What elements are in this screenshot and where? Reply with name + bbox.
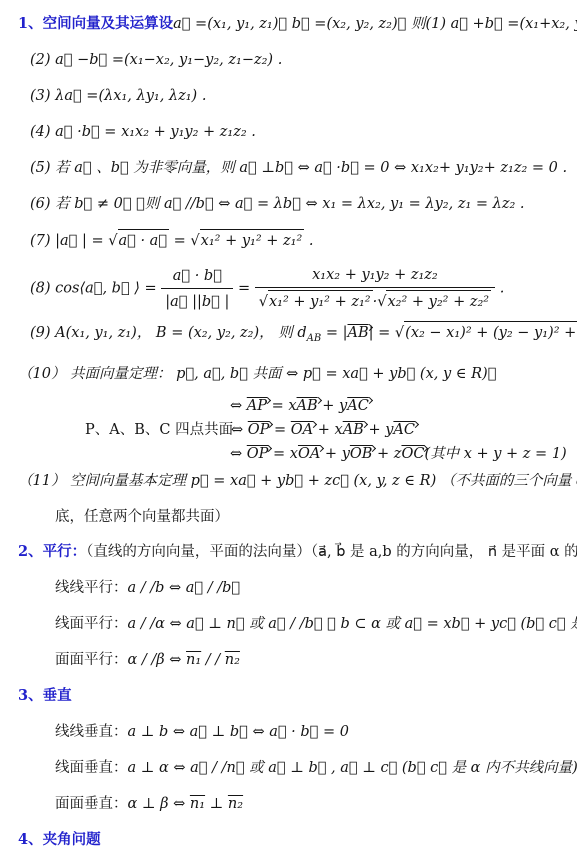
distance-subscript: AB (307, 333, 322, 344)
formula-7: (7) |a⃗ | = √a⃗ · a⃗ = √x₁² + y₁² + z₁² … (30, 229, 573, 252)
formula-10: （10） 共面向量定理： p⃗, a⃗, b⃗ 共面 ⇔ p⃗ = xa⃗ + … (18, 363, 573, 385)
text: (其中 x + y + z = 1) (424, 446, 566, 462)
vector-OP: OP (248, 422, 270, 438)
text: + y (320, 446, 350, 462)
radicand: x₂² + y₂² + z₂² (386, 290, 491, 313)
row-plane-plane-perpendicular: 面面垂直：α ⊥ β ⇔ n₁ ⊥ n₂ (55, 793, 573, 815)
formula-7-prefix: (7) |a⃗ | = (30, 233, 108, 249)
text: = x (268, 446, 298, 462)
denominator: √x₁² + y₁² + z₁²·√x₂² + y₂² + z₂² (255, 288, 495, 313)
formula-1: a⃗ =(x₁, y₁, z₁)， b⃗ =(x₂, y₂, z₂)， 则(1)… (173, 16, 577, 32)
radical-symbol: √ (190, 230, 199, 252)
radical: √a⃗ · a⃗ (108, 229, 169, 252)
row-formula-prefix: α / /β ⇔ (128, 652, 187, 668)
radical-symbol: √ (259, 291, 268, 313)
vector-AB: AB (348, 325, 369, 341)
vector-OA: OA (298, 446, 320, 462)
radical-symbol: √ (377, 291, 386, 313)
row-label: 面面平行： (55, 652, 128, 668)
row-line-plane-perpendicular: 线面垂直：a ⊥ α ⇔ a⃗ / /n⃗ 或 a⃗ ⊥ b⃗ , a⃗ ⊥ c… (55, 757, 573, 779)
fraction: x₁x₂ + y₁y₂ + z₁z₂√x₁² + y₁² + z₁²·√x₂² … (255, 264, 495, 313)
vector-OA: OA (291, 422, 313, 438)
radical: √x₁² + y₁² + z₁² (190, 229, 304, 252)
formula-3: (3) λa⃗ =(λx₁, λy₁, λz₁) . (30, 85, 573, 107)
row-formula: a / /b ⇔ a⃗ / /b⃗ (128, 580, 241, 596)
formula-9-mid1: = | (321, 325, 347, 341)
text: = x (267, 398, 297, 414)
row-label: 线面垂直： (55, 760, 128, 776)
perpendicular-separator: ⊥ (205, 796, 228, 812)
numerator: x₁x₂ + y₁y₂ + z₁z₂ (255, 264, 495, 288)
vector-AP: AP (247, 398, 267, 414)
radical-symbol: √ (395, 322, 404, 344)
distance-symbol: d (297, 325, 306, 341)
section-3-heading: 3、垂直 (18, 687, 72, 704)
numerator: a⃗ · b⃗ (161, 265, 233, 289)
line-section1-intro: 1、空间向量及其运算设a⃗ =(x₁, y₁, z₁)， b⃗ =(x₂, y₂… (18, 13, 573, 35)
row-label: 线面平行： (55, 616, 128, 632)
line-section4-heading: 4、夹角问题 (18, 829, 573, 851)
vector-OC: OC (401, 446, 424, 462)
row-formula: a ⊥ α ⇔ a⃗ / /n⃗ 或 a⃗ ⊥ b⃗ , a⃗ ⊥ c⃗ (b⃗… (128, 760, 577, 776)
line-section3-heading: 3、垂直 (18, 685, 573, 707)
iff-arrow: ⇔ (230, 398, 247, 414)
radical: √x₁² + y₁² + z₁² (259, 290, 373, 313)
radicand: a⃗ · a⃗ (118, 229, 170, 252)
denominator: |a⃗ ||b⃗ | (161, 289, 233, 313)
math-notes-document: 1、空间向量及其运算设a⃗ =(x₁, y₁, z₁)， b⃗ =(x₂, y₂… (0, 0, 577, 851)
formula-11-line2: 底，任意两个向量都共面） (55, 506, 573, 528)
formula-2: (2) a⃗ −b⃗ =(x₁−x₂, y₁−y₂, z₁−z₂) . (30, 49, 573, 71)
row-label: 线线垂直： (55, 724, 128, 740)
text: + x (313, 422, 343, 438)
iff-arrow: ⇔ (231, 422, 248, 438)
formula-6: (6) 若 b⃗ ≠ 0⃗ ，则 a⃗ //b⃗ ⇔ a⃗ = λb⃗ ⇔ x₁… (30, 193, 573, 215)
vector-OP: OP (247, 446, 269, 462)
vector-AC: AC (393, 422, 415, 438)
row-label: 线线平行： (55, 580, 128, 596)
text: + z (372, 446, 401, 462)
formula-8-equals: = (233, 281, 254, 297)
row-plane-plane-parallel: 面面平行：α / /β ⇔ n₁ / / n₂ (55, 649, 573, 671)
row-formula: a / /α ⇔ a⃗ ⊥ n⃗ 或 a⃗ / /b⃗ ， b ⊂ α 或 a⃗… (128, 616, 577, 632)
section-1-heading: 1、空间向量及其运算设 (18, 15, 173, 32)
formula-7-equals: = (169, 233, 190, 249)
row-line-line-parallel: 线线平行：a / /b ⇔ a⃗ / /b⃗ (55, 577, 573, 599)
iff-arrow: ⇔ (230, 446, 247, 462)
formula-8: (8) cos⟨a⃗, b⃗ ⟩ = a⃗ · b⃗|a⃗ ||b⃗ | = x… (30, 264, 573, 313)
normal-vector-n2: n₂ (228, 796, 243, 812)
section-2-note: （直线的方向向量，平面的法向量）（a⃗, b⃗ 是 a,b 的方向向量， n⃗ … (86, 544, 577, 560)
row-line-plane-parallel: 线面平行：a / /α ⇔ a⃗ ⊥ n⃗ 或 a⃗ / /b⃗ ， b ⊂ α… (55, 613, 573, 635)
vector-AB: AB (343, 422, 364, 438)
parallel-separator: / / (201, 652, 225, 668)
formula-10-line2: ⇔ AP = xAB + yAC (230, 395, 573, 418)
formula-10-line3: P、A、B、C 四点共面⇔ OP = OA + xAB + yAC (85, 419, 573, 442)
vector-OB: OB (350, 446, 373, 462)
row-line-line-perpendicular: 线线垂直：a ⊥ b ⇔ a⃗ ⊥ b⃗ ⇔ a⃗ · b⃗ = 0 (55, 721, 573, 743)
radicand: x₁² + y₁² + z₁² (268, 290, 373, 313)
radical: √(x₂ − x₁)² + (y₂ − y₁)² + (z₂ − z₁)² (395, 321, 577, 344)
formula-7-end: . (304, 233, 313, 249)
radicand: (x₂ − x₁)² + (y₂ − y₁)² + (z₂ − z₁)² (404, 321, 577, 344)
section-4-heading: 4、夹角问题 (18, 831, 101, 848)
vector-AB: AB (297, 398, 318, 414)
normal-vector-n1: n₁ (186, 652, 201, 668)
formula-9-prefix: (9) A(x₁, y₁, z₁)， B = (x₂, y₂, z₂)， 则 (30, 325, 297, 341)
text: + y (364, 422, 394, 438)
formula-11-line1: （11） 空间向量基本定理 p⃗ = xa⃗ + yb⃗ + zc⃗ (x, y… (18, 470, 573, 492)
formula-5: (5) 若 a⃗ 、b⃗ 为非零向量，则 a⃗ ⊥b⃗ ⇔ a⃗ ·b⃗ = 0… (30, 157, 573, 179)
row-formula-prefix: α ⊥ β ⇔ (128, 796, 190, 812)
normal-vector-n2: n₂ (225, 652, 240, 668)
radical-symbol: √ (108, 230, 117, 252)
formula-8-end: . (495, 281, 504, 297)
row-formula: a ⊥ b ⇔ a⃗ ⊥ b⃗ ⇔ a⃗ · b⃗ = 0 (128, 724, 349, 740)
formula-4: (4) a⃗ ·b⃗ = x₁x₂ + y₁y₂ + z₁z₂ . (30, 121, 573, 143)
radical: √x₂² + y₂² + z₂² (377, 290, 491, 313)
radicand: x₁² + y₁² + z₁² (200, 229, 305, 252)
row-label: 面面垂直： (55, 796, 128, 812)
section-2-heading: 2、平行： (18, 543, 86, 560)
formula-10-line4: ⇔ OP = xOA + yOB + zOC(其中 x + y + z = 1) (230, 443, 573, 465)
formula-8-prefix: (8) cos⟨a⃗, b⃗ ⟩ = (30, 281, 161, 297)
formula-9: (9) A(x₁, y₁, z₁)， B = (x₂, y₂, z₂)， 则 d… (30, 321, 573, 350)
line-section2-heading: 2、平行：（直线的方向向量，平面的法向量）（a⃗, b⃗ 是 a,b 的方向向量… (18, 541, 573, 563)
fraction: a⃗ · b⃗|a⃗ ||b⃗ | (161, 265, 233, 313)
vector-AC: AC (347, 398, 369, 414)
normal-vector-n1: n₁ (190, 796, 205, 812)
coplanar-points-label: P、A、B、C 四点共面 (85, 419, 231, 442)
